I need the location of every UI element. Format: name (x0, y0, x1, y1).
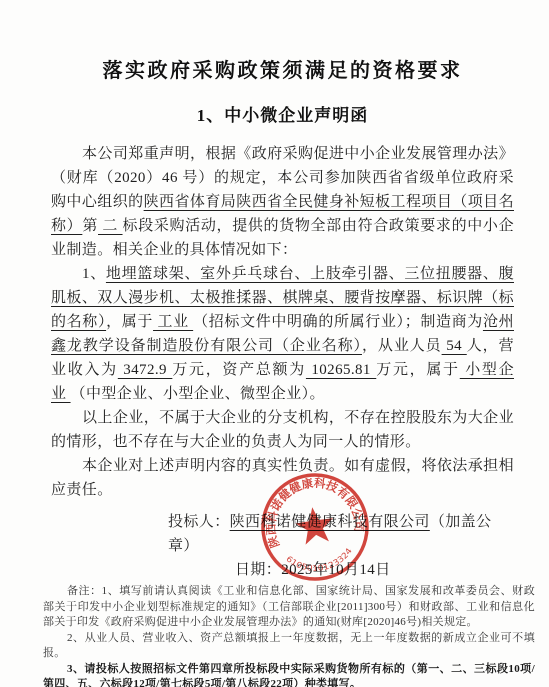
text-segment: ，从业人员 (362, 338, 442, 354)
text-segment: ，属于 (106, 314, 153, 330)
text-segment: 万元，资产总额为 (172, 362, 306, 378)
text-segment: 本企业对上述声明内容的真实性负责。如有虚假，将依法承担相应责任。 (51, 458, 514, 498)
notes-section: 备注：1、填写前请认真阅读《工业和信息化部、国家统计局、国家发展和改革委员会、财… (43, 584, 535, 687)
date-label: 日期： (235, 562, 281, 578)
filled-blank: 10265.81 (306, 362, 376, 378)
note-item: 备注：1、填写前请认真阅读《工业和信息化部、国家统计局、国家发展和改革委员会、财… (43, 584, 535, 631)
filled-blank: 二 (98, 218, 123, 234)
note-item: 2、从业人员、营业收入、资产总额填报上一年度数据，无上一年度数据的新成立企业可不… (43, 631, 535, 662)
document-subtitle: 1、中小微企业声明函 (51, 104, 514, 128)
paragraph-responsibility: 本企业对上述声明内容的真实性负责。如有虚假，将依法承担相应责任。 (51, 454, 514, 502)
paragraph-not-large-enterprise: 以上企业，不属于大企业的分支机构，不存在控股股东为大企业的情形，也不存在与大企业… (51, 406, 514, 454)
paragraph-goods-detail: 1、地埋篮球架、室外乒乓球台、上肢牵引器、三位扭腰器、腹肌板、双人漫步机、太极推… (51, 262, 514, 406)
filled-blank: 工业 (153, 314, 193, 330)
document-title: 落实政府采购政策须满足的资格要求 (51, 56, 514, 86)
text-segment: （招标文件中明确的所属行业）；制造商为 (193, 314, 483, 330)
bidder-label: 投标人： (168, 514, 230, 530)
filled-blank: 3472.9 (118, 362, 173, 378)
bidder-signature-line: 投标人：陕西科诺健健康科技有限公司（加盖公章） (51, 510, 514, 558)
date-value: 2025年10月14日 (281, 562, 390, 578)
filled-blank: 54 (442, 338, 467, 354)
date-line: 日期：2025年10月14日 (51, 558, 514, 582)
text-segment: （中型企业、小型企业、微型企业）。 (71, 386, 325, 402)
document-body: 本公司郑重声明，根据《政府采购促进中小企业发展管理办法》（财库（2020）46 … (51, 142, 514, 502)
paragraph-declaration: 本公司郑重声明，根据《政府采购促进中小企业发展管理办法》（财库（2020）46 … (51, 142, 514, 262)
text-segment: 以上企业，不属于大企业的分支机构，不存在控股股东为大企业的情形，也不存在与大企业… (51, 410, 514, 450)
declaration-document: 落实政府采购政策须满足的资格要求 1、中小微企业声明函 本公司郑重声明，根据《政… (0, 0, 549, 687)
note-item: 3、请投标人按照招标文件第四章所投标段中实际采购货物所有标的（第一、二、三标段1… (43, 662, 535, 687)
text-segment: 第 (82, 218, 98, 234)
bidder-name: 陕西科诺健健康科技有限公司 (230, 514, 430, 530)
text-segment: 万元，属于 (376, 362, 459, 378)
text-segment: 1、 (82, 266, 106, 282)
